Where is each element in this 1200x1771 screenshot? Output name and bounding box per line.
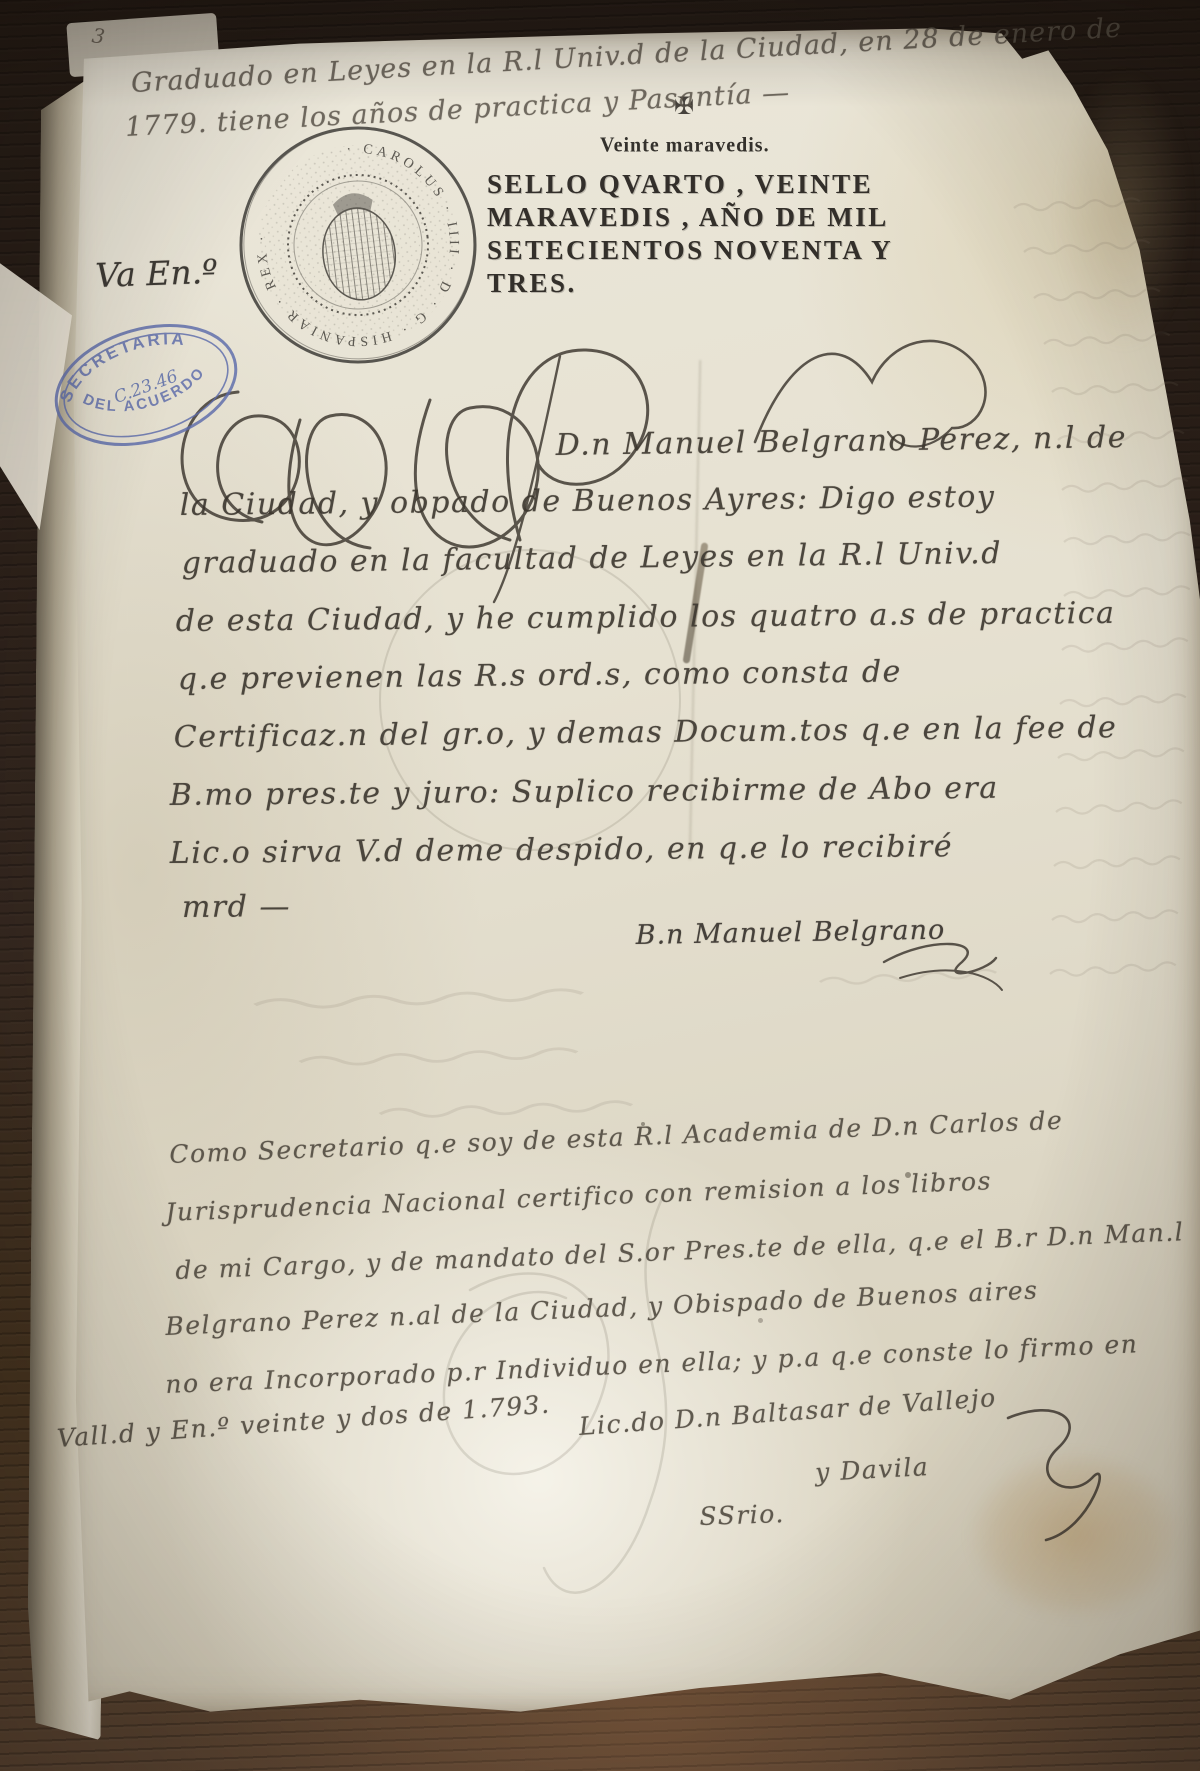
margin-note: Va En.º — [95, 252, 219, 295]
tax-stamp-line: SELLO QVARTO , VEINTE — [487, 168, 893, 201]
belgrano-signature: B.n Manuel Belgrano — [635, 915, 945, 951]
tax-stamp-text: SELLO QVARTO , VEINTE MARAVEDIS , AÑO DE… — [487, 168, 893, 300]
tax-stamp-line: TRES. — [487, 267, 893, 300]
tax-stamp-line: MARAVEDIS , AÑO DE MIL — [487, 201, 893, 234]
petition-line: Lic.o sirva V.d deme despido, en q.e lo … — [170, 829, 954, 871]
petition-line: B.mo pres.te y juro: Suplico recibirme d… — [170, 771, 999, 813]
document-photo: 3 Graduado en Leyes en la R.l Univ.d de … — [0, 0, 1200, 1771]
secretary-signature-line3: SSrio. — [699, 1499, 785, 1531]
royal-seal-stamp: · CAROLUS · IIII · D · G · HISPANIAR · R… — [219, 106, 498, 385]
tax-stamp-header: Veinte maravedis. — [600, 133, 770, 157]
secretary-signature-line2: y Davila — [814, 1452, 929, 1487]
ink-spot — [758, 1318, 763, 1323]
petition-line: mrd — — [182, 889, 291, 925]
tax-stamp-line: SETECIENTOS NOVENTA Y — [487, 234, 893, 267]
